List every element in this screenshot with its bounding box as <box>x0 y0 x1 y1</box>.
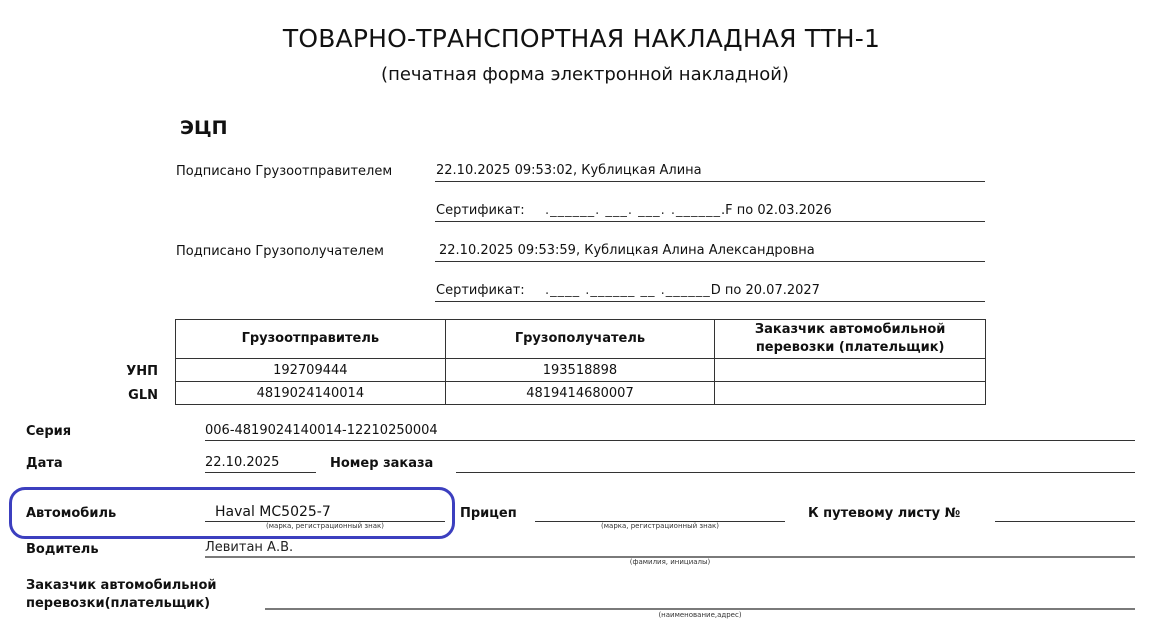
customer-caption: (наименование,адрес) <box>610 611 790 619</box>
table-cell: 4819024140014 <box>176 382 446 405</box>
waybill-value <box>995 504 1135 522</box>
table-cell: 4819414680007 <box>445 382 715 405</box>
ecp-heading: ЭЦП <box>180 117 227 139</box>
consignee-signed-label: Подписано Грузополучателем <box>176 244 384 259</box>
trailer-label: Прицеп <box>460 506 517 521</box>
certificate-number-redacted: .______. ___. ___. .______ <box>545 203 721 218</box>
certificate-label: Сертификат: <box>436 283 525 298</box>
certificate-number-redacted: .____ .______ __ .______ <box>545 283 711 298</box>
shipper-signed-label: Подписано Грузоотправителем <box>176 164 392 179</box>
trailer-caption: (марка, регистрационный знак) <box>535 522 785 530</box>
row-label-unp: УНП <box>98 364 158 379</box>
series-value: 006-4819024140014-12210250004 <box>205 423 1135 441</box>
driver-caption: (фамилия, инициалы) <box>580 558 760 566</box>
customer-label-line2: перевозки(плательщик) <box>26 596 210 611</box>
document-subtitle: (печатная форма электронной накладной) <box>0 64 1163 85</box>
table-row: 4819024140014 4819414680007 <box>176 382 986 405</box>
document-title: ТОВАРНО-ТРАНСПОРТНАЯ НАКЛАДНАЯ ТТН-1 <box>0 24 1163 53</box>
certificate-validity: D по 20.07.2027 <box>711 283 820 298</box>
date-label: Дата <box>26 456 63 471</box>
customer-value <box>265 592 1135 610</box>
table-row: 192709444 193518898 <box>176 359 986 382</box>
parties-table: Грузоотправитель Грузополучатель Заказчи… <box>175 319 986 405</box>
series-label: Серия <box>26 424 71 439</box>
waybill-label: К путевому листу № <box>808 506 960 521</box>
table-cell <box>715 382 986 405</box>
table-header-row: Грузоотправитель Грузополучатель Заказчи… <box>176 320 986 359</box>
column-header-consignee: Грузополучатель <box>445 320 715 359</box>
consignee-certificate: Сертификат: .____ .______ __ .______D по… <box>435 282 985 302</box>
date-value: 22.10.2025 <box>205 455 316 473</box>
table-cell: 192709444 <box>176 359 446 382</box>
consignee-signed-value: 22.10.2025 09:53:59, Кублицкая Алина Але… <box>435 242 985 262</box>
order-number-label: Номер заказа <box>330 456 433 471</box>
table-cell <box>715 359 986 382</box>
driver-label: Водитель <box>26 542 99 557</box>
certificate-label: Сертификат: <box>436 203 525 218</box>
shipper-signed-value: 22.10.2025 09:53:02, Кублицкая Алина <box>435 162 985 182</box>
customer-label-line1: Заказчик автомобильной <box>26 578 217 593</box>
vehicle-label: Автомобиль <box>26 506 116 521</box>
vehicle-value: Haval МС5025-7 <box>205 504 445 522</box>
order-number-value <box>456 455 1135 473</box>
driver-value: Левитан А.В. <box>205 540 1135 558</box>
column-header-customer: Заказчик автомобильной перевозки (плател… <box>715 320 986 359</box>
trailer-value <box>535 504 785 522</box>
vehicle-caption: (марка, регистрационный знак) <box>205 522 445 530</box>
column-header-shipper: Грузоотправитель <box>176 320 446 359</box>
row-label-gln: GLN <box>98 388 158 403</box>
table-cell: 193518898 <box>445 359 715 382</box>
shipper-certificate: Сертификат: .______. ___. ___. .______.F… <box>435 202 985 222</box>
certificate-validity: .F по 02.03.2026 <box>721 203 832 218</box>
